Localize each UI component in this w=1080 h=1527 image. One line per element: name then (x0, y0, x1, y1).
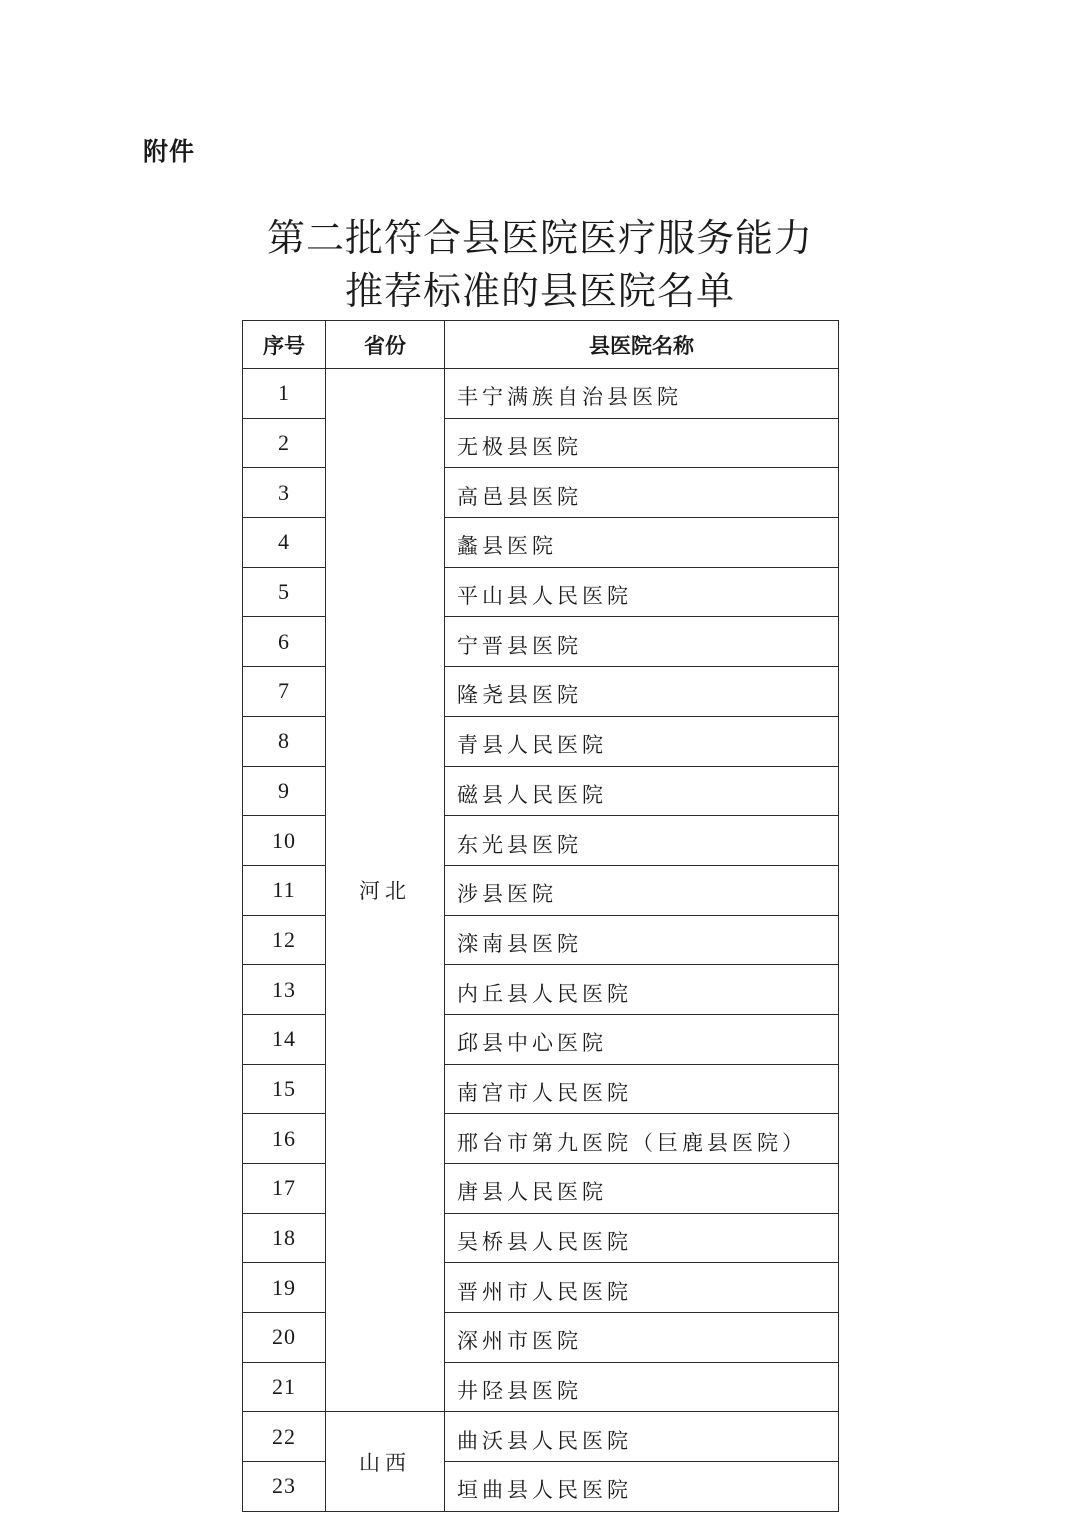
serial-number-cell: 12 (243, 915, 326, 965)
serial-number-cell: 5 (243, 567, 326, 617)
table-row: 22山西曲沃县人民医院 (243, 1412, 839, 1462)
serial-number-cell: 22 (243, 1412, 326, 1462)
serial-number-cell: 2 (243, 418, 326, 468)
serial-number-cell: 13 (243, 965, 326, 1015)
hospital-name-cell: 宁晋县医院 (445, 617, 839, 667)
province-cell: 山西 (326, 1412, 445, 1511)
serial-number-cell: 4 (243, 518, 326, 568)
hospital-list-table: 序号 省份 县医院名称 1河北丰宁满族自治县医院2无极县医院3高邑县医院4蠡县医… (242, 320, 839, 1512)
hospital-name-cell: 唐县人民医院 (445, 1164, 839, 1214)
serial-number-cell: 17 (243, 1164, 326, 1214)
hospital-name-cell: 井陉县医院 (445, 1362, 839, 1412)
province-cell: 河北 (326, 369, 445, 1412)
header-hospital-name: 县医院名称 (445, 321, 839, 369)
serial-number-cell: 19 (243, 1263, 326, 1313)
hospital-name-cell: 邢台市第九医院（巨鹿县医院） (445, 1114, 839, 1164)
serial-number-cell: 20 (243, 1313, 326, 1363)
serial-number-cell: 21 (243, 1362, 326, 1412)
serial-number-cell: 14 (243, 1014, 326, 1064)
hospital-name-cell: 曲沃县人民医院 (445, 1412, 839, 1462)
serial-number-cell: 10 (243, 816, 326, 866)
title-line-1: 第二批符合县医院医疗服务能力 (0, 212, 1080, 265)
title-line-2: 推荐标准的县医院名单 (0, 265, 1080, 318)
hospital-name-cell: 无极县医院 (445, 418, 839, 468)
hospital-name-cell: 垣曲县人民医院 (445, 1462, 839, 1512)
hospital-name-cell: 青县人民医院 (445, 716, 839, 766)
document-title: 第二批符合县医院医疗服务能力 推荐标准的县医院名单 (0, 212, 1080, 318)
serial-number-cell: 3 (243, 468, 326, 518)
hospital-name-cell: 东光县医院 (445, 816, 839, 866)
hospital-name-cell: 磁县人民医院 (445, 766, 839, 816)
serial-number-cell: 7 (243, 667, 326, 717)
serial-number-cell: 23 (243, 1462, 326, 1512)
hospital-name-cell: 涉县医院 (445, 865, 839, 915)
hospital-name-cell: 高邑县医院 (445, 468, 839, 518)
hospital-name-cell: 南宫市人民医院 (445, 1064, 839, 1114)
attachment-label: 附件 (143, 132, 195, 168)
serial-number-cell: 18 (243, 1213, 326, 1263)
hospital-name-cell: 内丘县人民医院 (445, 965, 839, 1015)
table-row: 1河北丰宁满族自治县医院 (243, 369, 839, 419)
hospital-name-cell: 蠡县医院 (445, 518, 839, 568)
table-body: 1河北丰宁满族自治县医院2无极县医院3高邑县医院4蠡县医院5平山县人民医院6宁晋… (243, 369, 839, 1512)
hospital-name-cell: 丰宁满族自治县医院 (445, 369, 839, 419)
serial-number-cell: 8 (243, 716, 326, 766)
hospital-name-cell: 滦南县医院 (445, 915, 839, 965)
header-serial-number: 序号 (243, 321, 326, 369)
serial-number-cell: 6 (243, 617, 326, 667)
hospital-name-cell: 邱县中心医院 (445, 1014, 839, 1064)
table-header-row: 序号 省份 县医院名称 (243, 321, 839, 369)
hospital-name-cell: 平山县人民医院 (445, 567, 839, 617)
serial-number-cell: 15 (243, 1064, 326, 1114)
hospital-name-cell: 吴桥县人民医院 (445, 1213, 839, 1263)
serial-number-cell: 16 (243, 1114, 326, 1164)
hospital-name-cell: 隆尧县医院 (445, 667, 839, 717)
serial-number-cell: 1 (243, 369, 326, 419)
hospital-name-cell: 深州市医院 (445, 1313, 839, 1363)
hospital-name-cell: 晋州市人民医院 (445, 1263, 839, 1313)
header-province: 省份 (326, 321, 445, 369)
serial-number-cell: 11 (243, 865, 326, 915)
serial-number-cell: 9 (243, 766, 326, 816)
